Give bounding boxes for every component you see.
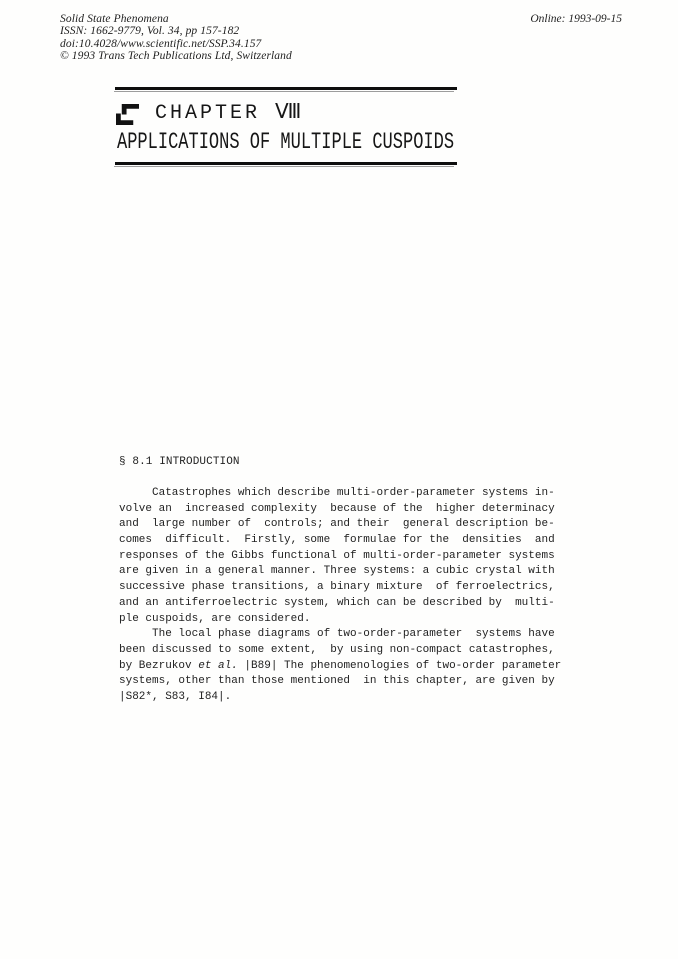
body-line: been discussed to some extent, by using … — [119, 643, 561, 659]
body-line: by Bezrukov et al. |B89| The phenomenolo… — [119, 659, 561, 675]
chapter-rule-bottom — [115, 162, 457, 165]
issn-line: ISSN: 1662-9779, Vol. 34, pp 157-182 — [60, 25, 292, 37]
publisher-zigzag-mark-icon — [115, 103, 140, 126]
section-heading: § 8.1 INTRODUCTION — [119, 456, 240, 468]
body-text: Catastrophes which describe multi-order-… — [119, 486, 561, 706]
body-line: are given in a general manner. Three sys… — [119, 564, 561, 580]
body-line: ple cuspoids, are considered. — [119, 612, 561, 628]
body-line: Catastrophes which describe multi-order-… — [119, 486, 561, 502]
body-line-segment: by Bezrukov — [119, 660, 198, 672]
document-page: Solid State Phenomena ISSN: 1662-9779, V… — [0, 0, 678, 959]
body-line: |S82*, S83, I84|. — [119, 690, 561, 706]
body-line: and an antiferroelectric system, which c… — [119, 596, 561, 612]
body-line: comes difficult. Firstly, some formulae … — [119, 533, 561, 549]
chapter-rule-top — [115, 87, 457, 90]
body-line: and large number of controls; and their … — [119, 517, 561, 533]
body-line-segment: |B89| The phenomenologies of two-order p… — [238, 660, 561, 672]
body-line: The local phase diagrams of two-order-pa… — [119, 627, 561, 643]
chapter-number: CHAPTER Ⅷ — [155, 102, 304, 125]
journal-title: Solid State Phenomena — [60, 13, 292, 25]
copyright-line: © 1993 Trans Tech Publications Ltd, Swit… — [60, 50, 292, 62]
citation-et-al: et al. — [198, 660, 238, 672]
journal-header: Solid State Phenomena ISSN: 1662-9779, V… — [60, 13, 292, 63]
online-date: Online: 1993-09-15 — [530, 13, 622, 25]
body-line: successive phase transitions, a binary m… — [119, 580, 561, 596]
body-line: volve an increased complexity because of… — [119, 502, 561, 518]
chapter-title: APPLICATIONS OF MULTIPLE CUSPOIDS — [117, 130, 454, 154]
body-line: systems, other than those mentioned in t… — [119, 674, 561, 690]
doi-line: doi:10.4028/www.scientific.net/SSP.34.15… — [60, 38, 292, 50]
body-line: responses of the Gibbs functional of mul… — [119, 549, 561, 565]
